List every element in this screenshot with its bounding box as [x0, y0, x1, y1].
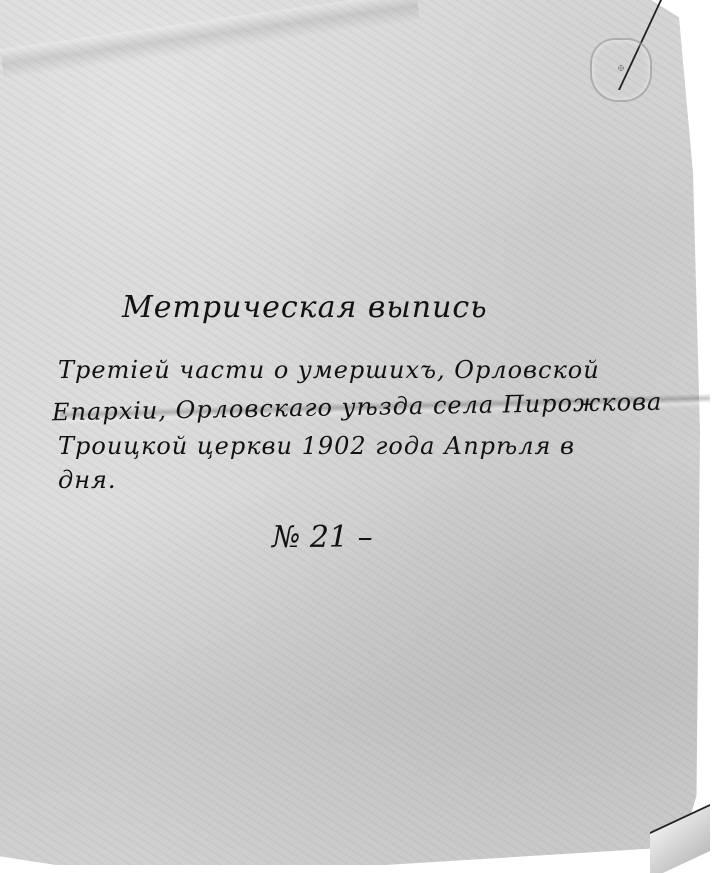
body-line-1: Третiей части о умершихъ, Орловской: [58, 356, 600, 384]
embossed-seal-icon: ✠: [590, 38, 652, 102]
seal-glyph: ✠: [618, 64, 625, 73]
document-title: Метрическая выпись: [122, 290, 488, 325]
record-number: № 21 –: [272, 520, 373, 555]
body-line-4: дня.: [58, 466, 117, 494]
body-line-3: Троицкой церкви 1902 года Апрѣля в: [58, 432, 575, 460]
